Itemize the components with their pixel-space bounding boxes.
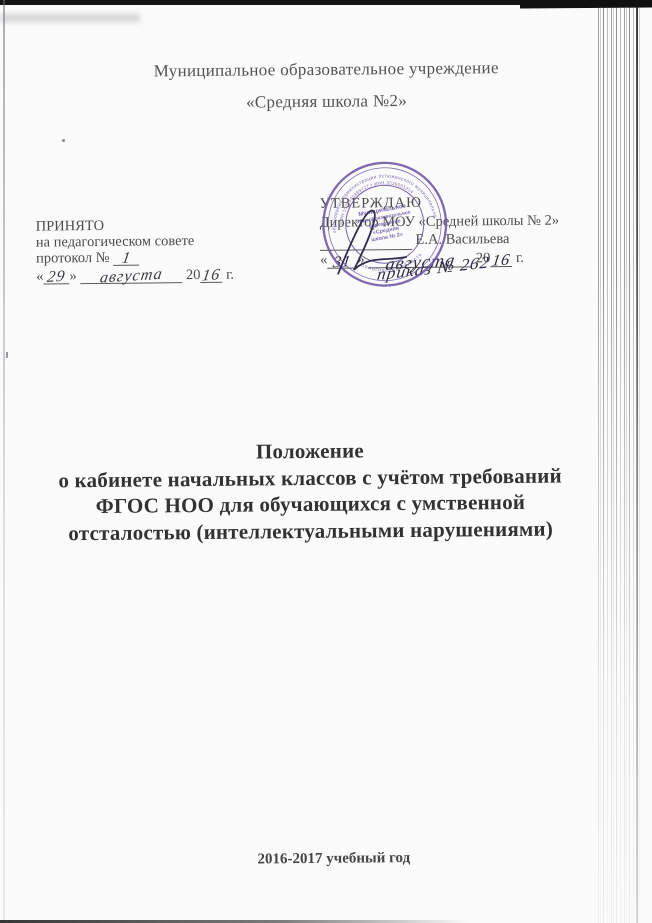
handwritten-day: 29 bbox=[46, 269, 67, 286]
accepted-council-line: на педагогическом совете bbox=[36, 233, 234, 251]
document-title: Положение о кабинете начальных классов с… bbox=[0, 435, 621, 547]
organization-name: Муниципальное образовательное учреждение bbox=[0, 57, 652, 83]
day-blank: 29 bbox=[43, 269, 69, 284]
scanned-page: Муниципальное образовательное учреждение… bbox=[0, 0, 652, 923]
school-name: «Средняя школа №2» bbox=[0, 89, 652, 115]
year-blank: 16 bbox=[490, 252, 512, 267]
handwritten-year: 16 bbox=[491, 252, 512, 272]
handwritten-year: 16 bbox=[201, 267, 222, 284]
year-blank: 16 bbox=[200, 268, 222, 283]
accepted-date-line: «29» августа 2016 г. bbox=[36, 267, 234, 285]
title-line: отсталостью (интеллектуальными нарушения… bbox=[1, 514, 621, 546]
accepted-block: ПРИНЯТО на педагогическом совете протоко… bbox=[36, 217, 234, 285]
handwritten-month: августа bbox=[99, 267, 164, 287]
handwritten-protocol-number: 1 bbox=[120, 250, 131, 267]
scan-right-edge-line bbox=[636, 0, 638, 923]
protocol-number-blank: 1 bbox=[113, 251, 139, 266]
month-blank: августа bbox=[80, 268, 182, 284]
academic-year: 2016-2017 учебный год bbox=[4, 848, 652, 871]
document-content: Муниципальное образовательное учреждение… bbox=[0, 0, 614, 923]
accepted-title: ПРИНЯТО bbox=[36, 217, 234, 235]
accepted-protocol-line: протокол № 1 bbox=[36, 249, 234, 267]
signature-scribble bbox=[327, 195, 458, 286]
